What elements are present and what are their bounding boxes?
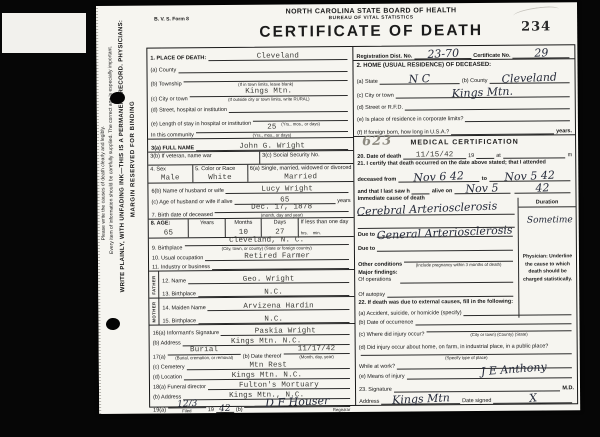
cause-of-death-block: Immediate cause of death Cerebral Arteri… <box>355 194 518 223</box>
father-birthplace-value: N.C. <box>264 289 283 297</box>
mother-side-label: MOTHER <box>151 301 156 322</box>
certificate-no-label: Certificate No. <box>473 52 510 59</box>
scanner-corner-artifact <box>2 13 86 53</box>
date-signed-label: Date signed <box>462 398 491 405</box>
birthplace-value: Cleveland, N. C. <box>229 238 304 246</box>
date-signed-value: X <box>528 393 537 404</box>
form-header: B. V. S. Form 8 NORTH CAROLINA STATE BOA… <box>146 3 573 47</box>
cause-label: Immediate cause of death <box>358 195 425 202</box>
stamp-number: 234 <box>521 19 551 34</box>
race-label: 5. Color or Race <box>195 166 245 173</box>
date-of-death-label: 20. Date of death <box>357 154 401 161</box>
mother-birthplace-label: 15. Birthplace <box>162 318 196 325</box>
due-to-2-fill <box>377 236 513 252</box>
age-row: 8. AGE: 65 Years Months 10 Days 27 If le… <box>149 217 354 239</box>
date-of-death-row: 20. Date of death 11/15/42 19 at m <box>354 146 575 161</box>
physician-address-value: Kings Mtn <box>392 393 450 405</box>
registration-dist-label: Registration Dist. No. <box>356 53 412 60</box>
registrar-signature: D F Houser <box>265 396 330 409</box>
veteran-label: 3(b) If veteran, name war <box>150 153 257 160</box>
city-value: Kings Mtn. <box>245 89 292 97</box>
mother-birthplace-value: N.C. <box>264 316 283 324</box>
dod-at: at <box>496 153 501 159</box>
registration-row: Registration Dist. No. 23-70 Certificate… <box>353 45 574 61</box>
age-years-label: Years <box>191 220 223 227</box>
duration-value: Sometime <box>527 215 573 225</box>
last-saw-row: and that I last saw h alive on Nov 5 42 <box>354 181 575 195</box>
age-label: 8. AGE: <box>151 220 186 227</box>
dod-year-fill <box>476 145 494 159</box>
age-hrs-min-label: hrs. min. <box>301 230 352 236</box>
page-title: CERTIFICATE OF DEATH <box>241 22 501 42</box>
dod-19: 19 <box>468 153 474 159</box>
age-months-label: Months <box>228 220 260 227</box>
form-number: B. V. S. Form 8 <box>154 16 189 22</box>
findings-label: Major findings: <box>358 270 397 276</box>
father-block: FATHER 12. Name Geo. Wright 13. Birthpla… <box>149 270 354 299</box>
autopsy-label: Of autopsy <box>358 292 385 299</box>
filed-date-value: 12/3 <box>177 400 198 409</box>
dod-m: m <box>568 152 573 158</box>
registration-dist-value: 23-70 <box>427 49 459 60</box>
autopsy-fill <box>387 282 513 298</box>
margin-binding-text: MARGIN RESERVED FOR BINDING <box>130 101 137 217</box>
due-to-2-row: Due to <box>355 237 518 252</box>
dod-time-fill <box>503 145 566 159</box>
age-months-value: 10 <box>228 229 260 237</box>
certificate-page: MARGIN RESERVED FOR BINDING WRITE PLAINL… <box>96 2 580 414</box>
sex-value: Male <box>150 175 190 183</box>
margin-write-plainly-text: WRITE PLAINLY, WITH UNFADING INK—THIS IS… <box>118 20 126 293</box>
filed-year-value: 42 <box>219 405 231 414</box>
sex-label: 4. Sex <box>150 166 190 173</box>
header-center: NORTH CAROLINA STATE BOARD OF HEALTH BUR… <box>241 7 501 42</box>
age-years-value: 65 <box>151 230 186 238</box>
last-saw-fill <box>412 181 430 194</box>
mother-block: MOTHER 14. Maiden Name Arvizena Hardin 1… <box>149 297 354 326</box>
margin-please-write-text: Please write the causes of death clearly… <box>100 126 107 240</box>
physician-address-label: Address <box>359 398 379 404</box>
margin-every-item-text: Every item of information should be care… <box>107 46 115 254</box>
duration-physician-column: Duration Sometime Physician: Underline t… <box>518 197 577 317</box>
mother-side-label-box: MOTHER <box>149 299 159 325</box>
father-birthplace-label: 13. Birthplace <box>162 291 196 298</box>
marital-label: 6(a) Single, married, widowed or divorce… <box>250 165 352 172</box>
filed-row: 19(a) 12/3 Filed 19 42 (b) D F Houser Re… <box>150 399 355 414</box>
father-side-label: FATHER <box>151 275 156 294</box>
county-fill-line <box>178 59 348 73</box>
community-value: 25 <box>267 125 276 133</box>
home-foreign-fill-line <box>451 121 554 136</box>
age-less-label: If less than one day <box>301 219 352 226</box>
bureau-name: BUREAU OF VITAL STATISTICS <box>241 15 501 22</box>
ssn-label: 3(c) Social Security No. <box>262 152 351 159</box>
physician-address-row: Address Kings Mtn Date signed X <box>356 391 577 405</box>
age-min-label: min. <box>313 230 321 235</box>
home-foreign-suffix: years. <box>556 128 572 134</box>
birthdate-value: Dec. 17, 1878 <box>251 205 312 213</box>
physician-note: Physician: Underline the cause to which … <box>519 253 576 283</box>
age-days-value: 27 <box>264 229 296 237</box>
street-fill-line <box>229 100 348 113</box>
left-column: 1. PLACE OF DEATH: Cleveland (a) County … <box>147 47 356 407</box>
alive-on-year: 42 <box>535 183 549 193</box>
age-hrs-label: hrs. <box>301 230 308 235</box>
form-body: 1. PLACE OF DEATH: Cleveland (a) County … <box>146 44 578 407</box>
autopsy-row: Of autopsy <box>355 283 518 298</box>
certificate-no-value: 29 <box>534 48 548 58</box>
burial-value: Burial <box>190 347 218 355</box>
filed-label: 19(a) <box>153 407 166 413</box>
filed-year-prefix: 19 <box>208 407 214 413</box>
date-of-death-value: 11/15/42 <box>416 152 454 160</box>
right-column: Registration Dist. No. 23-70 Certificate… <box>353 45 577 405</box>
community-label: In this community <box>151 132 194 139</box>
age-days-label: Days <box>264 219 296 226</box>
filed-b-label: (b) <box>236 407 243 413</box>
pencil-mark <box>513 5 560 20</box>
father-side-label-box: FATHER <box>149 272 159 298</box>
duration-label: Duration <box>519 197 576 207</box>
burial-date-value: 11/17/42 <box>298 346 336 354</box>
